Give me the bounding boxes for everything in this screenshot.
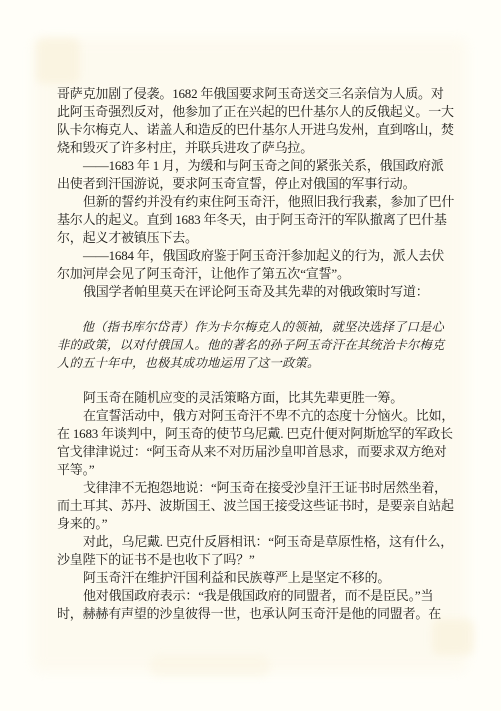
text-line: 沙皇陛下的证书不是也收下了吗？” [57,551,459,569]
text-line: 身来的。” [57,515,459,533]
text-line: 平等。” [57,461,459,479]
text-line: 在 1683 年谈判中，阿玉奇的使节乌尼戴. 巴克什便对阿斯尬罕的军政长 [57,425,459,443]
text-line [57,372,459,389]
text-line: ——1684 年，俄国政府鉴于阿玉奇汗参加起义的行为，派人去伏 [57,247,459,265]
text-line [57,301,459,318]
text-line: 烧和毁灭了许多村庄，并联兵进攻了萨乌拉。 [57,139,459,157]
text-line: 时，赫赫有声望的沙皇彼得一世，也承认阿玉奇汗是他的同盟者。在 [57,605,459,623]
text-line: 而土耳其、苏丹、波斯国王、波兰国王接受这些证书时，是要亲自站起 [57,497,459,515]
text-line: 俄国学者帕里莫天在评论阿玉奇及其先辈的对俄政策时写道： [57,283,459,301]
page-text: 哥萨克加剧了侵袭。1682 年俄国要求阿玉奇送交三名亲信为人质。对此阿玉奇强烈反… [57,85,459,623]
text-line: ——1683 年 1 月，为缓和与阿玉奇之间的紧张关系，俄国政府派 [57,157,459,175]
text-line: 官戈律津说过：“阿玉奇从来不对历届沙皇叩首恳求，而要求双方绝对 [57,443,459,461]
text-line: 尔加河岸会见了阿玉奇汗，让他作了第五次“宣誓”。 [57,265,459,283]
paper-stain [36,38,80,84]
text-line: 哥萨克加剧了侵袭。1682 年俄国要求阿玉奇送交三名亲信为人质。对 [57,85,459,103]
text-line: 阿玉奇在随机应变的灵活策略方面，比其先辈更胜一筹。 [57,389,459,407]
text-line: 但新的誓约并没有约束住阿玉奇汗，他照旧我行我素，参加了巴什 [57,193,459,211]
text-line: 对此，乌尼戴. 巴克什反唇相讯：“阿玉奇是草原性格，这有什么， [57,533,459,551]
scanned-page: 哥萨克加剧了侵袭。1682 年俄国要求阿玉奇送交三名亲信为人质。对此阿玉奇强烈反… [0,0,501,711]
text-line: 在宣誓活动中，俄方对阿玉奇汗不卑不亢的态度十分恼火。比如， [57,407,459,425]
text-line: 尔，起义才被镇压下去。 [57,229,459,247]
text-line: 队卡尔梅克人、诺盖人和造反的巴什基尔人开进乌发州，直到喀山，焚 [57,121,459,139]
text-line: 基尔人的起义。直到 1683 年冬天，由于阿玉奇汗的军队撤离了巴什基 [57,211,459,229]
text-line: 他对俄国政府表示：“我是俄国政府的同盟者，而不是臣民。”当 [57,587,459,605]
text-line: 人的五十年中，也极其成功地运用了这一政策。 [57,354,459,372]
text-line: 阿玉奇汗在维护汗国利益和民族尊严上是坚定不移的。 [57,569,459,587]
text-line: 此阿玉奇强烈反对，他参加了正在兴起的巴什基尔人的反俄起义。一大 [57,103,459,121]
paper-stain [150,655,270,677]
text-line: 戈律津不无抱怨地说：“阿玉奇在接受沙皇汗王证书时居然坐着， [57,479,459,497]
text-line: 他（指书库尔岱青）作为卡尔梅克人的领袖，就坚决选择了口是心 [57,318,459,336]
text-line: 非的政策，以对付俄国人。他的著名的孙子阿玉奇汗在其统治卡尔梅克 [57,336,459,354]
paper-stain [432,619,474,655]
text-line: 出使者到汗国游说，要求阿玉奇宣誓，停止对俄国的军事行动。 [57,175,459,193]
